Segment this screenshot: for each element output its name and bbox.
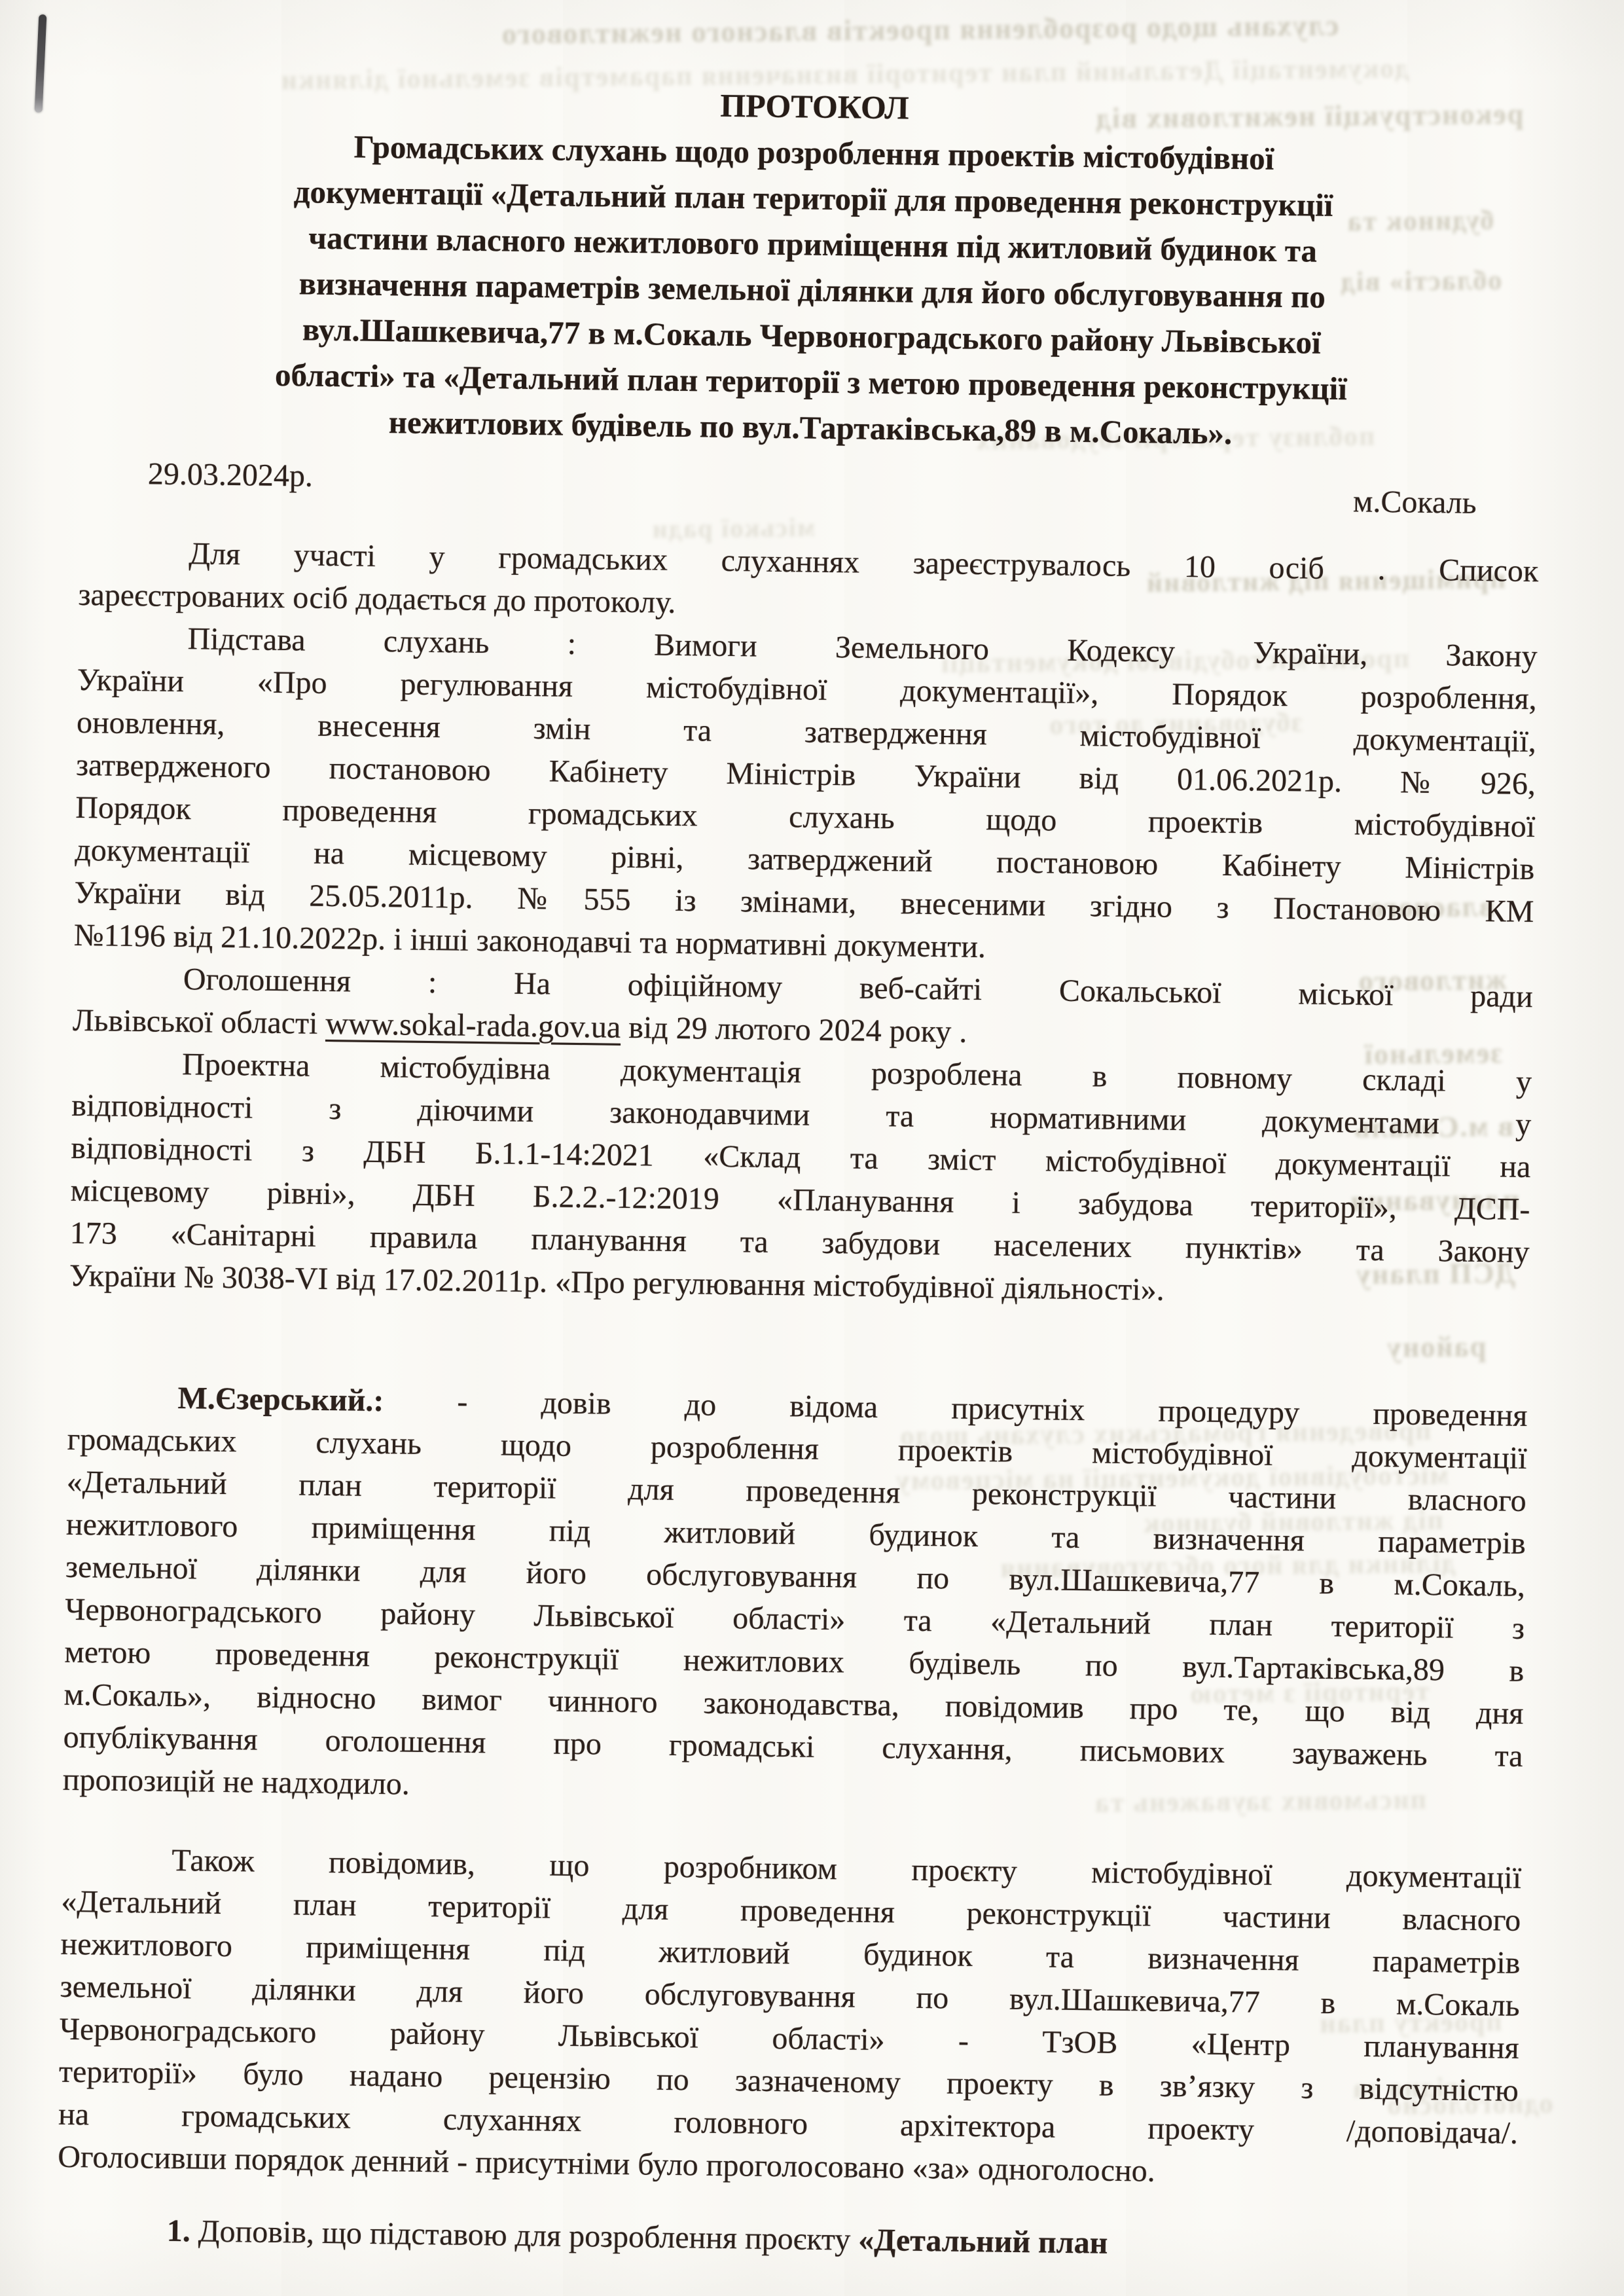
paragraph-item-1: 1. Доповів, що підставою для розроблення… <box>56 2208 1517 2270</box>
scanned-page: слухань щодо розроблення проектів власно… <box>0 0 1624 2296</box>
text-segment: від 29 лютого 2024 року . <box>621 1010 967 1049</box>
doc-date: 29.03.2024р. <box>80 452 314 498</box>
staple-mark <box>35 14 47 113</box>
list-number: 1. <box>167 2214 191 2248</box>
text-segment: Львівської області <box>73 1003 326 1041</box>
bleedthrough-text: слухань щодо розроблення проектів власно… <box>255 2 1585 58</box>
paragraph-speaker-report: М.Єзерський.: - довів до відома присутні… <box>62 1376 1527 1820</box>
website-link: www.sokal-rada.gov.ua <box>325 1006 621 1045</box>
doc-place: м.Сокаль <box>1353 480 1477 524</box>
paragraph-documentation: Проектна містобудівна документація розро… <box>69 1042 1532 1316</box>
text-segment-bold: «Детальний план <box>858 2223 1108 2261</box>
text-line: 1. Доповів, що підставою для розроблення… <box>56 2208 1517 2270</box>
paragraph-legal-basis: Підстава слухань : Вимоги Земельного Код… <box>73 616 1538 975</box>
paragraph-developer-info: Також повідомив, що розробником проєкту … <box>58 1838 1522 2197</box>
speaker-name: М.Єзерський.: <box>177 1381 384 1418</box>
date-place-row: 29.03.2024р. м.Сокаль <box>80 452 1540 513</box>
text-segment: Доповів, що підставою для розроблення пр… <box>190 2214 859 2257</box>
document-content: ПРОТОКОЛ Громадських слухань щодо розроб… <box>56 73 1544 2270</box>
